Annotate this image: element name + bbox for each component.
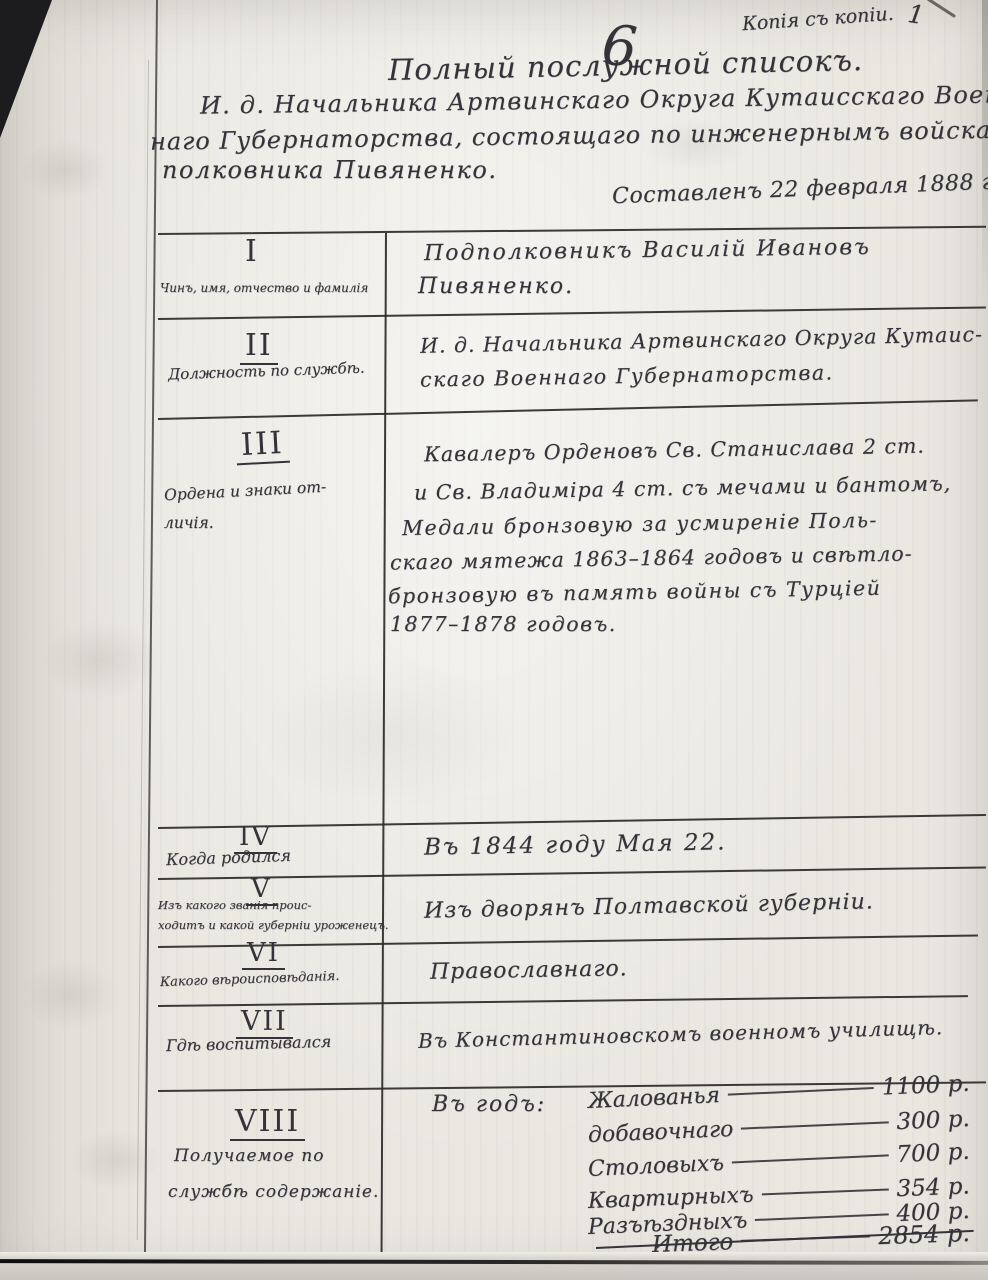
table-rule-line (158, 306, 986, 320)
row-label-line: службѣ содержаніе. (168, 1182, 379, 1202)
row-label-line: Гдѣ воспитывался (166, 1032, 332, 1055)
table-rule-line (158, 866, 986, 880)
row-label-line: ходитъ и какой губерніи уроженецъ. (158, 918, 389, 932)
table-rule-line (158, 399, 978, 420)
row-content-line: и Св. Владиміра 4 ст. съ мечами и бантом… (414, 471, 952, 504)
salary-total-value: 2854 р. (878, 1219, 971, 1250)
scan-edge-top-left (0, 0, 52, 138)
row-content-line: Въ Константиновскомъ военномъ училищѣ. (418, 1015, 944, 1053)
salary-dash-line (741, 1235, 870, 1242)
row-content-line: скаго Военнаго Губернаторства. (420, 360, 834, 391)
row-label-line: Чинъ, имя, отчество и фамилія (160, 281, 368, 295)
row-content-line: Кавалеръ Орденовъ Св. Станислава 2 ст. (424, 434, 925, 467)
row-label-line: Должность по службѣ. (168, 359, 365, 384)
row-content-line: бронзовую въ память войны съ Турціей (388, 576, 882, 609)
table-rule-line (158, 226, 986, 235)
row-numeral: I (240, 234, 264, 269)
row-content-line: скаго мятежа 1863–1864 годовъ и свѣтло- (390, 541, 913, 574)
row-label-line: Ордена и знаки от- (164, 478, 327, 504)
document-title: Полный послужной списокъ. (388, 43, 864, 87)
document-subtitle-line: полковника Пивяненко. (162, 156, 497, 184)
row-numeral: VI (242, 938, 285, 970)
copy-annotation: Копія съ копіи. (741, 3, 894, 36)
salary-dash-line (732, 1154, 889, 1163)
row-label-line: Получаемое по (174, 1146, 325, 1166)
salary-dash-line (755, 1213, 888, 1221)
row-content-line: Подполковникъ Василій Ивановъ (424, 235, 871, 266)
row-numeral: II (240, 328, 278, 365)
row-content-line: И. д. Начальника Артвинскаго Округа Кута… (420, 322, 983, 358)
row-content-line: Изъ дворянъ Полтавской губерніи. (424, 889, 874, 923)
page-number: 1 (906, 0, 926, 30)
row-content-line: 1877–1878 годовъ. (390, 612, 617, 636)
document-subtitle-line: наго Губернаторства, состоящаго по инжен… (150, 114, 988, 155)
paper-smudge (40, 620, 160, 700)
salary-dash-line (761, 1188, 888, 1195)
row-content-line: Православнаго. (430, 956, 628, 984)
row-label-line: Изъ какого званія проис- (158, 898, 311, 912)
paper-smudge (70, 1130, 160, 1190)
row-content-line: Медали бронзовую за усмиреніе Поль- (402, 508, 878, 540)
row-label-line: Какого вѣроисповѣданія. (160, 969, 340, 990)
paper-smudge (20, 140, 110, 200)
salary-prefix: Въ годъ: (432, 1092, 546, 1117)
paper-smudge (20, 960, 120, 1030)
scanned-document-page: Копія съ копіи. 1 6 Полный послужной спи… (0, 0, 988, 1280)
row-label-line: Когда родился (166, 846, 292, 869)
salary-item-label: Жалованья (587, 1083, 720, 1114)
salary-item-value: 300 р. (896, 1106, 970, 1135)
salary-item-value: 1100 р. (881, 1071, 970, 1101)
row-numeral: III (235, 425, 290, 466)
scan-edge-bottom (0, 1252, 988, 1280)
table-rule-line (158, 814, 986, 829)
row-content-line: Въ 1844 году Мая 22. (424, 829, 727, 860)
paper-smudge (260, 660, 520, 810)
salary-dash-line (741, 1121, 888, 1129)
row-label-line: личія. (164, 514, 214, 532)
salary-dash-line (728, 1087, 874, 1096)
salary-item-label: добавочнаго (587, 1117, 733, 1148)
document-subtitle-line: И. д. Начальника Артвинскаго Округа Кута… (200, 80, 988, 119)
scan-corner-mark (926, 0, 956, 18)
compiled-date: Составленъ 22 февраля 1888 года. (612, 168, 988, 210)
scan-edge-right (982, 0, 988, 300)
salary-item-value: 700 р. (896, 1139, 970, 1168)
salary-item-label: Столовыхъ (587, 1151, 724, 1182)
row-numeral: VIII (230, 1104, 305, 1141)
row-content-line: Пивяненко. (418, 274, 574, 299)
